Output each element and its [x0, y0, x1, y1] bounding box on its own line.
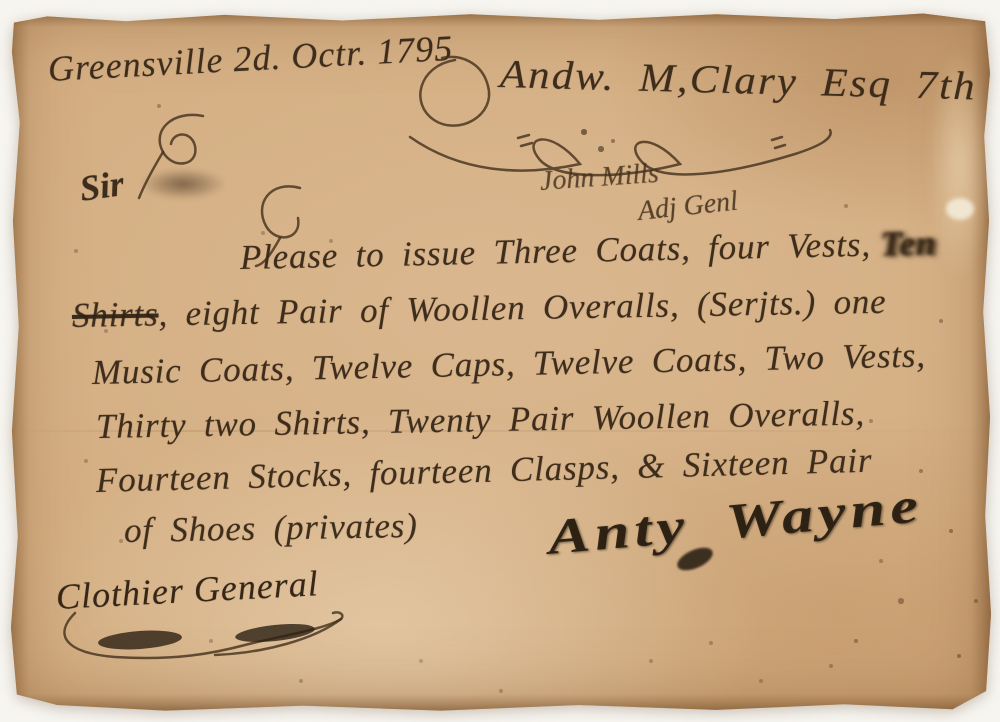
body-line-3: Music Coats, Twelve Caps, Twelve Coats, …	[92, 336, 927, 393]
photo-background: { "document": { "dateline": "Greensville…	[0, 0, 1000, 722]
signature-text: Anty Wayne	[545, 475, 925, 566]
addressee-text: Andw. M,Clary Esq 7th	[499, 50, 977, 109]
body-line-1: Please to issue Three Coats, four Vests,…	[240, 223, 937, 278]
manuscript-paper: Greensville 2d. Octr. 1795 Andw. M,Clary…	[8, 10, 992, 712]
paper-tear-chip	[946, 198, 974, 220]
struck-word: Shirts	[72, 294, 159, 335]
body-line-2-text: , eight Pair of Woollen Overalls, (Serjt…	[158, 282, 887, 334]
salutation-text: Sir	[77, 162, 126, 210]
docket-name-text: John Mills	[539, 158, 660, 198]
body-line-2: Shirts, eight Pair of Woollen Overalls, …	[72, 282, 887, 336]
paper-speckles	[8, 10, 10, 12]
docket-title-text: Adj Genl	[636, 186, 739, 228]
body-line-6: of Shoes (privates)	[124, 506, 418, 551]
manuscript-photo: Greensville 2d. Octr. 1795 Andw. M,Clary…	[8, 10, 992, 712]
salutation-flourish	[133, 108, 233, 203]
signer-title-text: Clothier General	[55, 562, 320, 618]
smudged-word: Ten	[880, 223, 936, 263]
body-line-1-text: Please to issue Three Coats, four Vests,	[240, 225, 872, 277]
body-line-4: Thirty two Shirts, Twenty Pair Woollen O…	[96, 394, 866, 447]
dateline-text: Greensville 2d. Octr. 1795	[47, 27, 454, 90]
ink-smudge-stain	[140, 168, 226, 200]
